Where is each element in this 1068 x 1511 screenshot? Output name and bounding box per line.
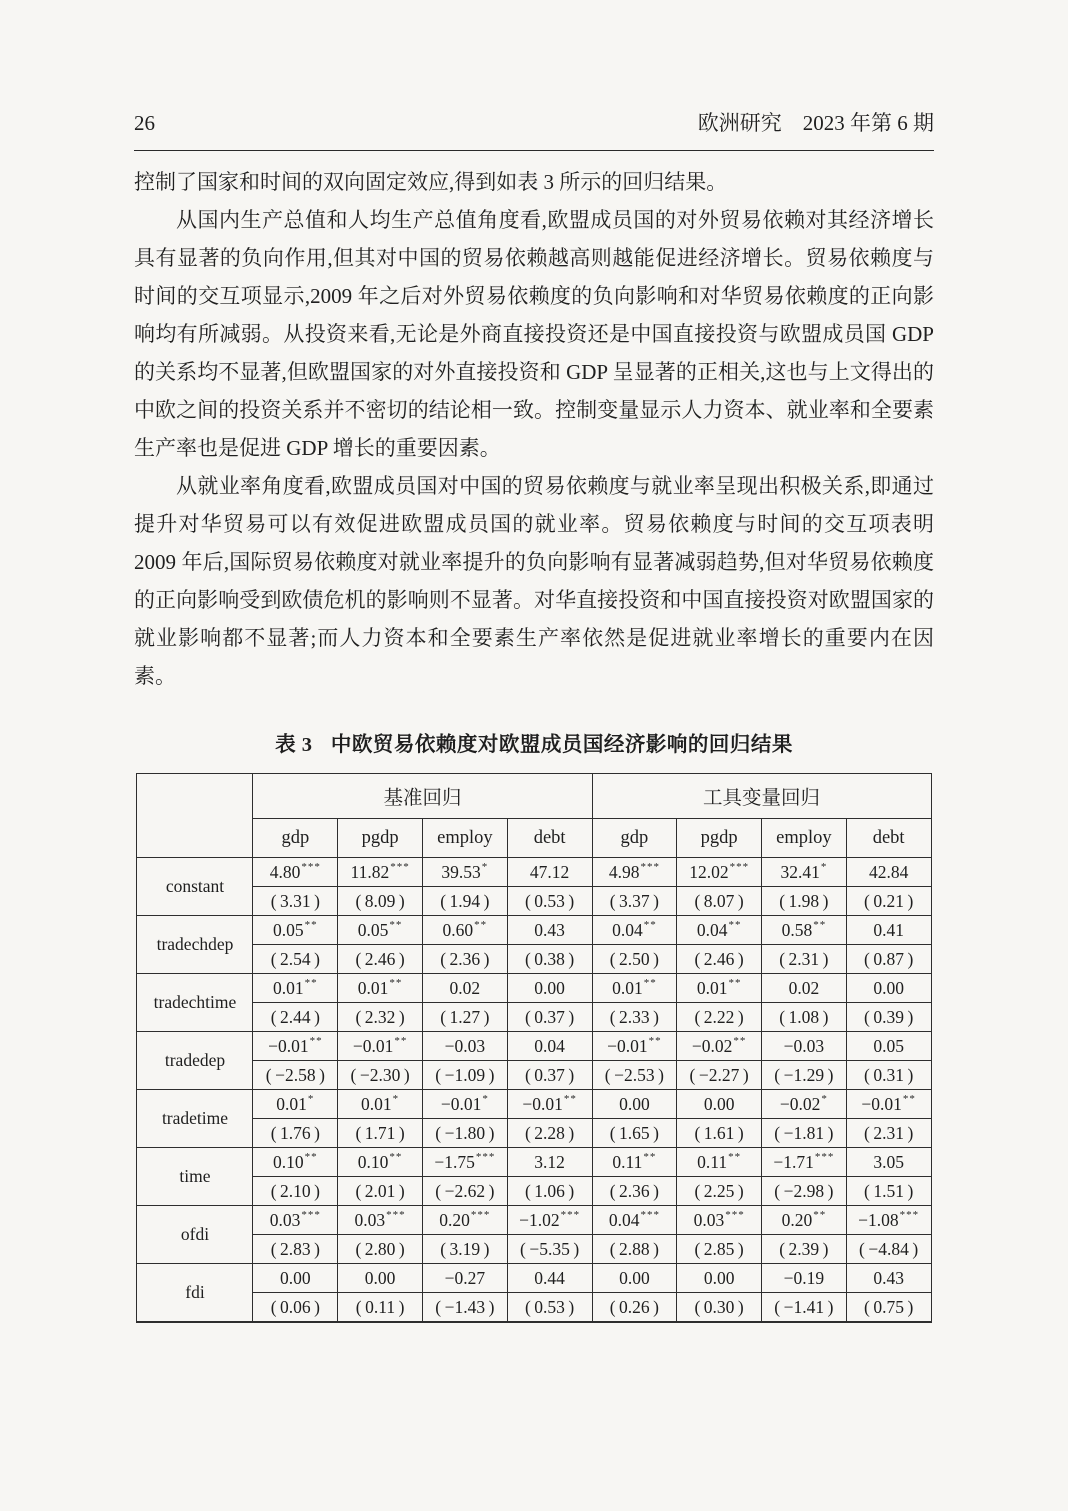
col-header-gdp-baseline: gdp: [253, 819, 338, 858]
tstat-cell: ( −1.09 ): [422, 1061, 507, 1090]
coef-cell: 4.98***: [592, 858, 677, 887]
coef-cell: 0.43: [507, 916, 592, 945]
table-row-coef: ofdi0.03***0.03***0.20***−1.02***0.04***…: [137, 1206, 931, 1235]
coef-cell: 0.03***: [253, 1206, 338, 1235]
coef-cell: 0.00: [507, 974, 592, 1003]
significance-stars: **: [305, 977, 318, 989]
coef-cell: 0.05: [846, 1032, 931, 1061]
coef-cell: 11.82***: [338, 858, 423, 887]
significance-stars: **: [305, 1151, 318, 1163]
coef-cell: −0.02*: [762, 1090, 847, 1119]
significance-stars: *: [393, 1093, 400, 1105]
tstat-cell: ( 2.31 ): [846, 1119, 931, 1148]
tstat-cell: ( −4.84 ): [846, 1235, 931, 1264]
col-header-gdp-iv: gdp: [592, 819, 677, 858]
significance-stars: **: [733, 1035, 746, 1047]
tstat-cell: ( 0.75 ): [846, 1293, 931, 1323]
tstat-cell: ( 8.09 ): [338, 887, 423, 916]
corner-cell: [137, 774, 253, 858]
significance-stars: **: [389, 1151, 402, 1163]
significance-stars: **: [643, 1151, 656, 1163]
table-row-coef: tradechdep0.05**0.05**0.60**0.430.04**0.…: [137, 916, 931, 945]
coef-cell: −0.02**: [677, 1032, 762, 1061]
tstat-cell: ( 1.08 ): [762, 1003, 847, 1032]
coef-cell: −0.27: [422, 1264, 507, 1293]
significance-stars: ***: [730, 861, 750, 873]
row-label-constant: constant: [137, 858, 253, 916]
significance-stars: **: [649, 1035, 662, 1047]
table-row-tstat: ( −2.58 )( −2.30 )( −1.09 )( 0.37 )( −2.…: [137, 1061, 931, 1090]
coef-cell: 0.10**: [253, 1148, 338, 1177]
tstat-cell: ( 2.80 ): [338, 1235, 423, 1264]
coef-cell: 0.01**: [677, 974, 762, 1003]
tstat-cell: ( −2.62 ): [422, 1177, 507, 1206]
coef-cell: 0.00: [592, 1090, 677, 1119]
coef-cell: 47.12: [507, 858, 592, 887]
coef-cell: 0.01*: [338, 1090, 423, 1119]
coef-cell: 0.60**: [422, 916, 507, 945]
significance-stars: **: [389, 919, 402, 931]
body-text: 控制了国家和时间的双向固定效应,得到如表 3 所示的回归结果。 从国内生产总值和…: [134, 163, 934, 695]
coef-cell: 0.00: [592, 1264, 677, 1293]
significance-stars: **: [310, 1035, 323, 1047]
tstat-cell: ( 2.83 ): [253, 1235, 338, 1264]
tstat-cell: ( −5.35 ): [507, 1235, 592, 1264]
tstat-cell: ( 0.06 ): [253, 1293, 338, 1323]
significance-stars: **: [389, 977, 402, 989]
table-row-coef: time0.10**0.10**−1.75***3.120.11**0.11**…: [137, 1148, 931, 1177]
tstat-cell: ( 2.31 ): [762, 945, 847, 974]
table-row-tstat: ( 1.76 )( 1.71 )( −1.80 )( 2.28 )( 1.65 …: [137, 1119, 931, 1148]
tstat-cell: ( 2.46 ): [677, 945, 762, 974]
regression-table: 基准回归 工具变量回归 gdp pgdp employ debt gdp pgd…: [136, 773, 931, 1323]
significance-stars: **: [394, 1035, 407, 1047]
significance-stars: ***: [640, 861, 660, 873]
coef-cell: 0.01**: [253, 974, 338, 1003]
tstat-cell: ( 2.32 ): [338, 1003, 423, 1032]
coef-cell: 0.10**: [338, 1148, 423, 1177]
running-head: 26 欧洲研究 2023 年第 6 期: [134, 110, 934, 136]
col-header-employ-iv: employ: [762, 819, 847, 858]
paper-page: 26 欧洲研究 2023 年第 6 期 控制了国家和时间的双向固定效应,得到如表…: [134, 110, 934, 1323]
coef-cell: 0.04***: [592, 1206, 677, 1235]
coef-cell: 3.12: [507, 1148, 592, 1177]
row-label-time: time: [137, 1148, 253, 1206]
significance-stars: **: [903, 1093, 916, 1105]
coef-cell: 0.04**: [677, 916, 762, 945]
significance-stars: ***: [386, 1209, 406, 1221]
coef-cell: 0.01*: [253, 1090, 338, 1119]
coef-cell: 0.43: [846, 1264, 931, 1293]
coef-cell: 3.05: [846, 1148, 931, 1177]
tstat-cell: ( 0.39 ): [846, 1003, 931, 1032]
coef-cell: −0.01**: [507, 1090, 592, 1119]
tstat-cell: ( −1.81 ): [762, 1119, 847, 1148]
col-header-pgdp-iv: pgdp: [677, 819, 762, 858]
tstat-cell: ( 2.44 ): [253, 1003, 338, 1032]
tstat-cell: ( 8.07 ): [677, 887, 762, 916]
coef-cell: −0.01**: [592, 1032, 677, 1061]
coef-cell: 42.84: [846, 858, 931, 887]
coef-cell: 12.02***: [677, 858, 762, 887]
significance-stars: **: [644, 919, 657, 931]
table-row-tstat: ( 2.44 )( 2.32 )( 1.27 )( 0.37 )( 2.33 )…: [137, 1003, 931, 1032]
coef-cell: 0.05**: [253, 916, 338, 945]
significance-stars: ***: [301, 1209, 321, 1221]
significance-stars: **: [474, 919, 487, 931]
tstat-cell: ( 0.26 ): [592, 1293, 677, 1323]
row-label-ofdi: ofdi: [137, 1206, 253, 1264]
tstat-cell: ( −1.29 ): [762, 1061, 847, 1090]
coef-cell: −0.03: [422, 1032, 507, 1061]
tstat-cell: ( 2.88 ): [592, 1235, 677, 1264]
tstat-cell: ( 2.46 ): [338, 945, 423, 974]
significance-stars: **: [813, 1209, 826, 1221]
significance-stars: **: [728, 977, 741, 989]
significance-stars: ***: [900, 1209, 920, 1221]
tstat-cell: ( 0.38 ): [507, 945, 592, 974]
tstat-cell: ( 2.22 ): [677, 1003, 762, 1032]
tstat-cell: ( 2.01 ): [338, 1177, 423, 1206]
tstat-cell: ( 1.51 ): [846, 1177, 931, 1206]
significance-stars: ***: [561, 1209, 581, 1221]
header-rule: [134, 150, 934, 151]
tstat-cell: ( 2.10 ): [253, 1177, 338, 1206]
tstat-cell: ( 1.06 ): [507, 1177, 592, 1206]
tstat-cell: ( 3.37 ): [592, 887, 677, 916]
table-row-tstat: ( 2.83 )( 2.80 )( 3.19 )( −5.35 )( 2.88 …: [137, 1235, 931, 1264]
table-header: 基准回归 工具变量回归 gdp pgdp employ debt gdp pgd…: [137, 774, 931, 858]
coef-cell: 0.00: [677, 1090, 762, 1119]
significance-stars: *: [821, 861, 828, 873]
tstat-cell: ( −1.41 ): [762, 1293, 847, 1323]
significance-stars: ***: [301, 861, 321, 873]
significance-stars: ***: [725, 1209, 745, 1221]
coef-cell: −0.01**: [846, 1090, 931, 1119]
table-caption-text: 中欧贸易依赖度对欧盟成员国经济影响的回归结果: [331, 734, 793, 756]
table-row-tstat: ( 3.31 )( 8.09 )( 1.94 )( 0.53 )( 3.37 )…: [137, 887, 931, 916]
group-header-baseline: 基准回归: [253, 774, 592, 819]
tstat-cell: ( 2.28 ): [507, 1119, 592, 1148]
tstat-cell: ( 1.27 ): [422, 1003, 507, 1032]
tstat-cell: ( 0.37 ): [507, 1061, 592, 1090]
tstat-cell: ( 0.11 ): [338, 1293, 423, 1323]
coef-cell: 0.58**: [762, 916, 847, 945]
coef-cell: 0.00: [677, 1264, 762, 1293]
coef-cell: −0.01*: [422, 1090, 507, 1119]
significance-stars: **: [644, 977, 657, 989]
row-label-tradedep: tradedep: [137, 1032, 253, 1090]
table-row-tstat: ( 2.54 )( 2.46 )( 2.36 )( 0.38 )( 2.50 )…: [137, 945, 931, 974]
tstat-cell: ( 0.31 ): [846, 1061, 931, 1090]
col-header-pgdp-baseline: pgdp: [338, 819, 423, 858]
coef-cell: 0.04: [507, 1032, 592, 1061]
table-caption: 表 3中欧贸易依赖度对欧盟成员国经济影响的回归结果: [134, 727, 934, 757]
tstat-cell: ( 0.21 ): [846, 887, 931, 916]
significance-stars: **: [813, 919, 826, 931]
coef-cell: 0.03***: [338, 1206, 423, 1235]
coef-cell: 0.41: [846, 916, 931, 945]
coef-cell: −1.71***: [762, 1148, 847, 1177]
tstat-cell: ( 2.85 ): [677, 1235, 762, 1264]
tstat-cell: ( −2.53 ): [592, 1061, 677, 1090]
tstat-cell: ( 0.37 ): [507, 1003, 592, 1032]
coef-cell: 0.04**: [592, 916, 677, 945]
table-row-coef: fdi0.000.00−0.270.440.000.00−0.190.43: [137, 1264, 931, 1293]
tstat-cell: ( −2.58 ): [253, 1061, 338, 1090]
coef-cell: 0.01**: [592, 974, 677, 1003]
tstat-cell: ( 0.30 ): [677, 1293, 762, 1323]
tstat-cell: ( 1.71 ): [338, 1119, 423, 1148]
tstat-cell: ( −2.27 ): [677, 1061, 762, 1090]
tstat-cell: ( 1.65 ): [592, 1119, 677, 1148]
coef-cell: 0.03***: [677, 1206, 762, 1235]
paragraph-2: 从国内生产总值和人均生产总值角度看,欧盟成员国的对外贸易依赖对其经济增长具有显著…: [134, 201, 934, 467]
coef-cell: 0.11**: [592, 1148, 677, 1177]
table-row-tstat: ( 0.06 )( 0.11 )( −1.43 )( 0.53 )( 0.26 …: [137, 1293, 931, 1323]
tstat-cell: ( 2.36 ): [592, 1177, 677, 1206]
coef-cell: 0.44: [507, 1264, 592, 1293]
tstat-cell: ( 2.50 ): [592, 945, 677, 974]
coef-cell: 32.41*: [762, 858, 847, 887]
coef-cell: 0.05**: [338, 916, 423, 945]
significance-stars: ***: [815, 1151, 835, 1163]
row-label-tradechtime: tradechtime: [137, 974, 253, 1032]
tstat-cell: ( 0.53 ): [507, 1293, 592, 1323]
group-header-iv: 工具变量回归: [592, 774, 931, 819]
significance-stars: *: [482, 861, 489, 873]
row-label-fdi: fdi: [137, 1264, 253, 1323]
significance-stars: ***: [471, 1209, 491, 1221]
significance-stars: ***: [640, 1209, 660, 1221]
tstat-cell: ( 2.39 ): [762, 1235, 847, 1264]
coef-cell: −1.75***: [422, 1148, 507, 1177]
coef-cell: −1.08***: [846, 1206, 931, 1235]
tstat-cell: ( 2.33 ): [592, 1003, 677, 1032]
tstat-cell: ( 2.25 ): [677, 1177, 762, 1206]
col-header-employ-baseline: employ: [422, 819, 507, 858]
significance-stars: *: [308, 1093, 315, 1105]
table-row-tstat: ( 2.10 )( 2.01 )( −2.62 )( 1.06 )( 2.36 …: [137, 1177, 931, 1206]
tstat-cell: ( 1.61 ): [677, 1119, 762, 1148]
significance-stars: **: [564, 1093, 577, 1105]
table-row-coef: constant4.80***11.82***39.53*47.124.98**…: [137, 858, 931, 887]
table-row-coef: tradetime0.01*0.01*−0.01*−0.01**0.000.00…: [137, 1090, 931, 1119]
row-label-tradechdep: tradechdep: [137, 916, 253, 974]
tstat-cell: ( −1.80 ): [422, 1119, 507, 1148]
coef-cell: 0.11**: [677, 1148, 762, 1177]
paragraph-1: 控制了国家和时间的双向固定效应,得到如表 3 所示的回归结果。: [134, 163, 934, 201]
paragraph-3: 从就业率角度看,欧盟成员国对中国的贸易依赖度与就业率呈现出积极关系,即通过提升对…: [134, 467, 934, 695]
tstat-cell: ( 2.54 ): [253, 945, 338, 974]
tstat-cell: ( 0.53 ): [507, 887, 592, 916]
significance-stars: ***: [476, 1151, 496, 1163]
tstat-cell: ( −2.98 ): [762, 1177, 847, 1206]
table-body: constant4.80***11.82***39.53*47.124.98**…: [137, 858, 931, 1323]
coef-cell: −1.02***: [507, 1206, 592, 1235]
significance-stars: **: [728, 919, 741, 931]
coef-cell: −0.01**: [338, 1032, 423, 1061]
coef-cell: 0.02: [422, 974, 507, 1003]
tstat-cell: ( 1.76 ): [253, 1119, 338, 1148]
coef-cell: 0.20***: [422, 1206, 507, 1235]
tstat-cell: ( 2.36 ): [422, 945, 507, 974]
coef-cell: 0.00: [253, 1264, 338, 1293]
coef-cell: 0.02: [762, 974, 847, 1003]
table-caption-label: 表 3: [275, 734, 312, 756]
tstat-cell: ( 0.87 ): [846, 945, 931, 974]
coef-cell: 39.53*: [422, 858, 507, 887]
coef-cell: 0.00: [846, 974, 931, 1003]
coef-cell: 0.00: [338, 1264, 423, 1293]
table-row-coef: tradedep−0.01**−0.01**−0.030.04−0.01**−0…: [137, 1032, 931, 1061]
coef-cell: 4.80***: [253, 858, 338, 887]
significance-stars: ***: [390, 861, 410, 873]
coef-cell: 0.01**: [338, 974, 423, 1003]
table-row-coef: tradechtime0.01**0.01**0.020.000.01**0.0…: [137, 974, 931, 1003]
significance-stars: **: [305, 919, 318, 931]
coef-cell: −0.01**: [253, 1032, 338, 1061]
row-label-tradetime: tradetime: [137, 1090, 253, 1148]
tstat-cell: ( 1.98 ): [762, 887, 847, 916]
significance-stars: *: [821, 1093, 828, 1105]
col-header-debt-baseline: debt: [507, 819, 592, 858]
tstat-cell: ( 1.94 ): [422, 887, 507, 916]
coef-cell: −0.19: [762, 1264, 847, 1293]
journal-title: 欧洲研究 2023 年第 6 期: [698, 110, 934, 136]
coef-cell: 0.20**: [762, 1206, 847, 1235]
significance-stars: **: [728, 1151, 741, 1163]
col-header-debt-iv: debt: [846, 819, 931, 858]
page-number: 26: [134, 110, 155, 136]
coef-cell: −0.03: [762, 1032, 847, 1061]
tstat-cell: ( −2.30 ): [338, 1061, 423, 1090]
tstat-cell: ( −1.43 ): [422, 1293, 507, 1323]
tstat-cell: ( 3.31 ): [253, 887, 338, 916]
significance-stars: *: [482, 1093, 489, 1105]
tstat-cell: ( 3.19 ): [422, 1235, 507, 1264]
